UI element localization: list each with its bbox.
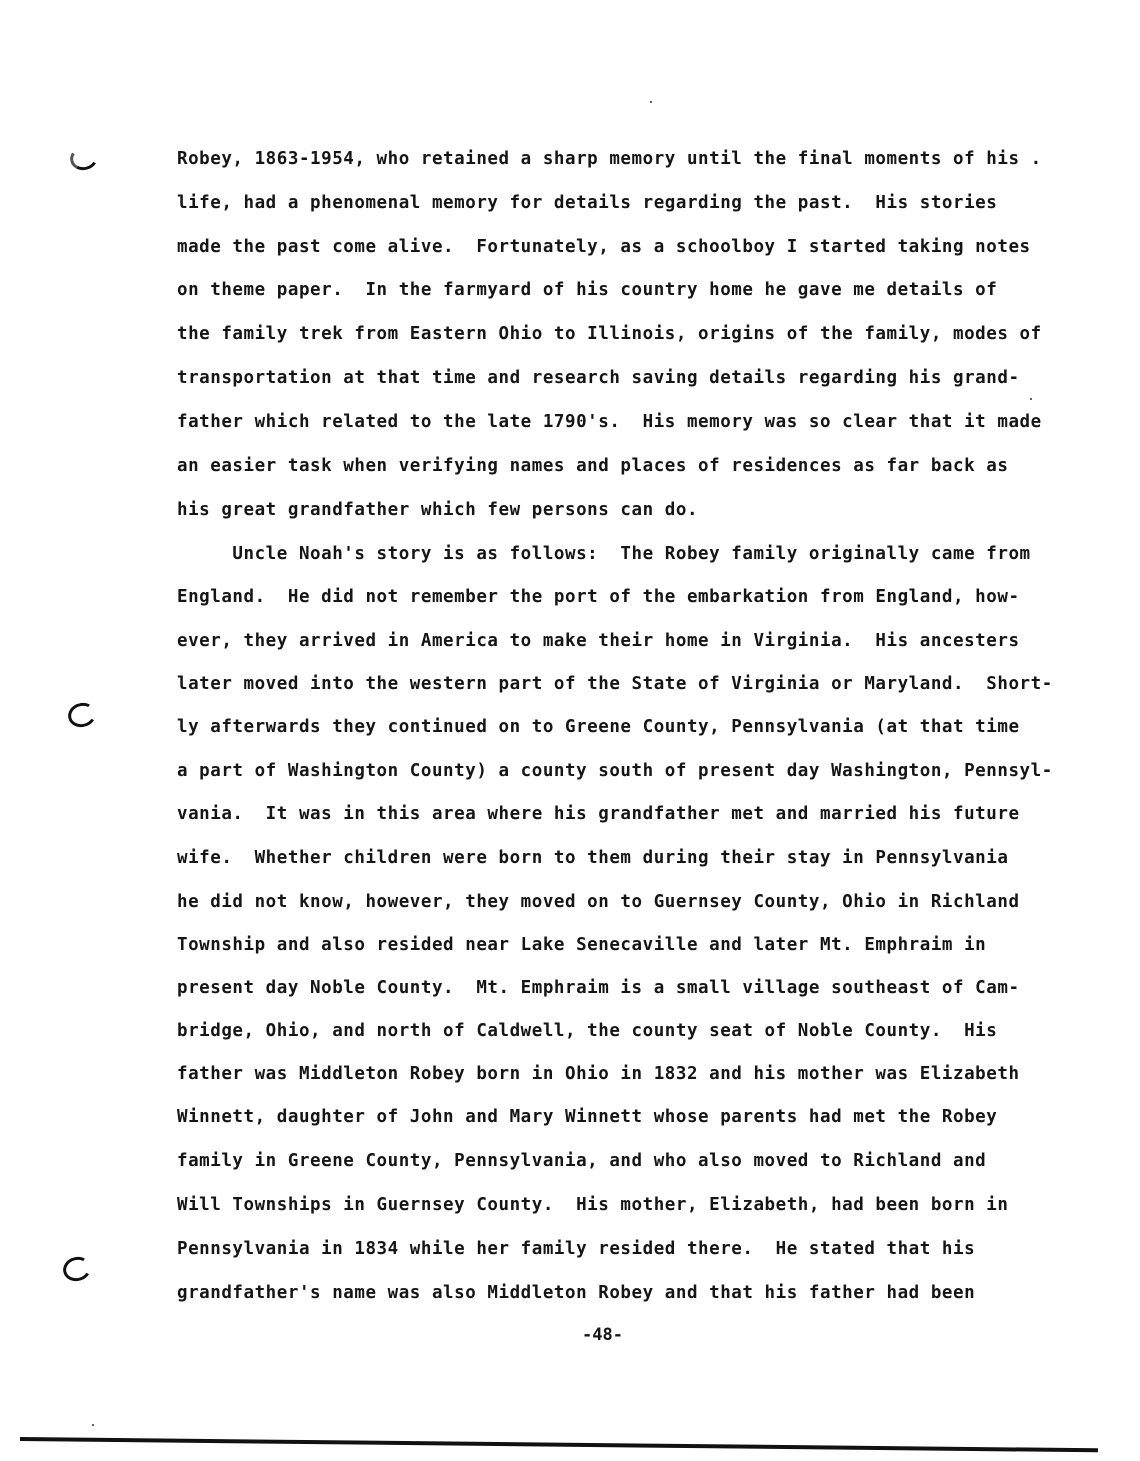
text-line: ly afterwards they continued on to Green… bbox=[177, 716, 1020, 738]
text-line: grandfather's name was also Middleton Ro… bbox=[177, 1282, 975, 1304]
punch-hole-top bbox=[67, 143, 100, 173]
punch-hole-middle bbox=[65, 700, 98, 730]
text-line: transportation at that time and research… bbox=[177, 367, 1020, 389]
text-line: on theme paper. In the farmyard of his c… bbox=[177, 279, 997, 301]
text-line: vania. It was in this area where his gra… bbox=[177, 803, 1020, 825]
text-line: present day Noble County. Mt. Emphraim i… bbox=[177, 977, 1020, 999]
text-line: his great grandfather which few persons … bbox=[177, 499, 698, 521]
text-line: a part of Washington County) a county so… bbox=[177, 760, 1053, 782]
text-line: Uncle Noah's story is as follows: The Ro… bbox=[177, 543, 1031, 565]
text-line: Township and also resided near Lake Sene… bbox=[177, 934, 986, 956]
text-line: wife. Whether children were born to them… bbox=[177, 847, 1008, 869]
page-number: -48- bbox=[0, 1325, 1140, 1345]
scan-speck bbox=[92, 1424, 94, 1426]
text-line: Robey, 1863-1954, who retained a sharp m… bbox=[177, 148, 1042, 170]
text-line: Will Townships in Guernsey County. His m… bbox=[177, 1194, 1008, 1216]
text-line: he did not know, however, they moved on … bbox=[177, 891, 1020, 913]
text-line: the family trek from Eastern Ohio to Ill… bbox=[177, 323, 1042, 345]
scan-speck bbox=[1030, 398, 1032, 400]
scan-speck bbox=[650, 101, 652, 103]
text-line: England. He did not remember the port of… bbox=[177, 586, 1020, 608]
text-line: father which related to the late 1790's.… bbox=[177, 411, 1042, 433]
bottom-rule bbox=[20, 1437, 1098, 1452]
text-line: Winnett, daughter of John and Mary Winne… bbox=[177, 1106, 997, 1128]
text-line: bridge, Ohio, and north of Caldwell, the… bbox=[177, 1020, 997, 1042]
punch-hole-bottom bbox=[60, 1254, 93, 1284]
text-line: ever, they arrived in America to make th… bbox=[177, 630, 1020, 652]
text-line: Pennsylvania in 1834 while her family re… bbox=[177, 1238, 975, 1260]
text-line: an easier task when verifying names and … bbox=[177, 455, 1008, 477]
document-page: Robey, 1863-1954, who retained a sharp m… bbox=[0, 0, 1140, 1461]
text-line: family in Greene County, Pennsylvania, a… bbox=[177, 1150, 986, 1172]
text-line: later moved into the western part of the… bbox=[177, 673, 1053, 695]
text-line: life, had a phenomenal memory for detail… bbox=[177, 192, 997, 214]
text-line: made the past come alive. Fortunately, a… bbox=[177, 236, 1031, 258]
text-line: father was Middleton Robey born in Ohio … bbox=[177, 1063, 1020, 1085]
